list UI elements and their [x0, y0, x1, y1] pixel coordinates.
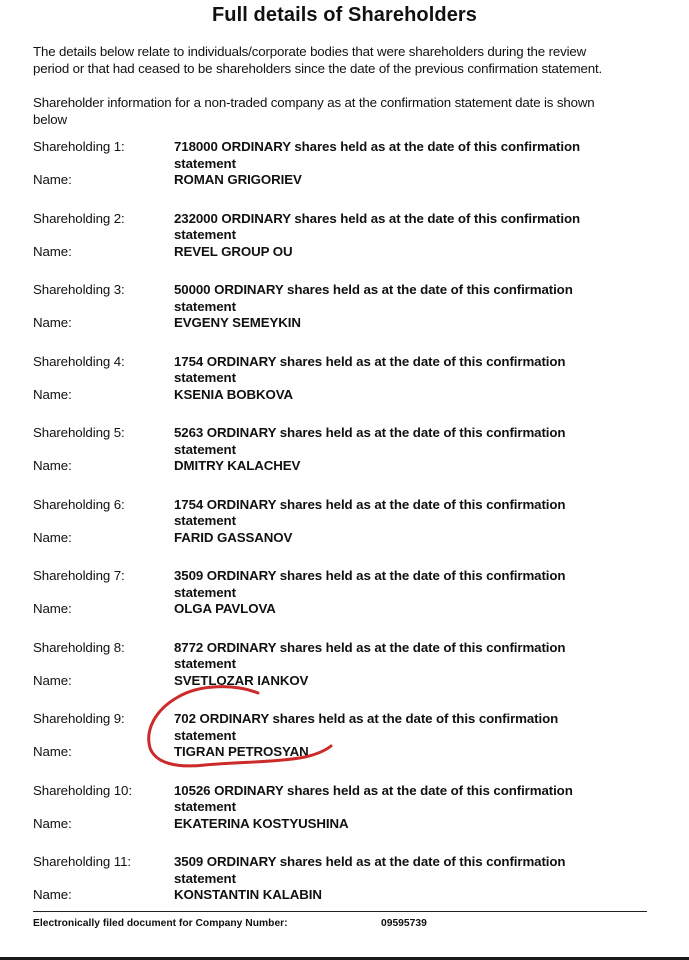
shareholder-name: FARID GASSANOV	[174, 529, 292, 546]
shareholder-name: SVETLOZAR IANKOV	[174, 672, 308, 689]
shareholding-label: Shareholding 1:	[33, 138, 125, 155]
shareholder-name: REVEL GROUP OU	[174, 243, 293, 260]
shareholder-name: KSENIA BOBKOVA	[174, 386, 293, 403]
shareholding-shares: 3509 ORDINARY shares held as at the date…	[174, 853, 565, 870]
shareholding-shares-line2: statement	[174, 441, 236, 458]
shareholding-entry: Shareholding 4: 1754 ORDINARY shares hel…	[33, 353, 673, 413]
shareholding-shares-line2: statement	[174, 584, 236, 601]
shareholding-entry-highlighted: Shareholding 9: 702 ORDINARY shares held…	[33, 710, 673, 770]
intro-line: period or that had ceased to be sharehol…	[33, 60, 602, 77]
shareholding-entry: Shareholding 1: 718000 ORDINARY shares h…	[33, 138, 673, 198]
name-label: Name:	[33, 815, 72, 832]
shareholding-shares-line2: statement	[174, 655, 236, 672]
shareholding-shares: 10526 ORDINARY shares held as at the dat…	[174, 782, 573, 799]
shareholding-shares-line2: statement	[174, 298, 236, 315]
shareholding-entry: Shareholding 8: 8772 ORDINARY shares hel…	[33, 639, 673, 699]
footer-label: Electronically filed document for Compan…	[33, 918, 288, 929]
footer-divider	[33, 911, 647, 912]
shareholding-label: Shareholding 6:	[33, 496, 125, 513]
name-label: Name:	[33, 457, 72, 474]
shareholding-shares: 3509 ORDINARY shares held as at the date…	[174, 567, 565, 584]
shareholding-entry: Shareholding 10: 10526 ORDINARY shares h…	[33, 782, 673, 842]
shareholding-shares: 232000 ORDINARY shares held as at the da…	[174, 210, 580, 227]
shareholding-entry: Shareholding 7: 3509 ORDINARY shares hel…	[33, 567, 673, 627]
shareholder-name: ROMAN GRIGORIEV	[174, 171, 302, 188]
shareholding-label: Shareholding 2:	[33, 210, 125, 227]
shareholding-shares-line2: statement	[174, 798, 236, 815]
shareholding-shares: 5263 ORDINARY shares held as at the date…	[174, 424, 565, 441]
name-label: Name:	[33, 886, 72, 903]
shareholding-shares: 50000 ORDINARY shares held as at the dat…	[174, 281, 573, 298]
shareholding-label: Shareholding 11:	[33, 853, 131, 870]
shareholding-shares-line2: statement	[174, 512, 236, 529]
shareholding-shares: 1754 ORDINARY shares held as at the date…	[174, 353, 565, 370]
shareholder-name: OLGA PAVLOVA	[174, 600, 276, 617]
shareholding-entry: Shareholding 3: 50000 ORDINARY shares he…	[33, 281, 673, 341]
name-label: Name:	[33, 243, 72, 260]
shareholder-name: EVGENY SEMEYKIN	[174, 314, 301, 331]
name-label: Name:	[33, 386, 72, 403]
name-label: Name:	[33, 529, 72, 546]
name-label: Name:	[33, 672, 72, 689]
shareholder-name: TIGRAN PETROSYAN	[174, 743, 309, 760]
shareholder-name: KONSTANTIN KALABIN	[174, 886, 322, 903]
shareholding-shares: 1754 ORDINARY shares held as at the date…	[174, 496, 565, 513]
shareholding-entry: Shareholding 11: 3509 ORDINARY shares he…	[33, 853, 673, 913]
shareholding-shares-line2: statement	[174, 369, 236, 386]
intro-line: The details below relate to individuals/…	[33, 43, 602, 60]
footer: Electronically filed document for Compan…	[33, 917, 288, 931]
intro-line: below	[33, 111, 595, 128]
name-label: Name:	[33, 314, 72, 331]
name-label: Name:	[33, 743, 72, 760]
page-title: Full details of Shareholders	[0, 3, 689, 27]
shareholding-label: Shareholding 10:	[33, 782, 132, 799]
name-label: Name:	[33, 600, 72, 617]
shareholding-shares: 718000 ORDINARY shares held as at the da…	[174, 138, 580, 155]
intro-line: Shareholder information for a non-traded…	[33, 94, 595, 111]
name-label: Name:	[33, 171, 72, 188]
shareholding-label: Shareholding 8:	[33, 639, 125, 656]
shareholding-shares: 8772 ORDINARY shares held as at the date…	[174, 639, 565, 656]
shareholding-entry: Shareholding 6: 1754 ORDINARY shares hel…	[33, 496, 673, 556]
shareholding-shares-line2: statement	[174, 226, 236, 243]
shareholding-label: Shareholding 7:	[33, 567, 125, 584]
intro-paragraph-review-period: The details below relate to individuals/…	[33, 43, 602, 77]
company-number: 09595739	[381, 917, 427, 931]
intro-paragraph-non-traded: Shareholder information for a non-traded…	[33, 94, 595, 128]
shareholding-label: Shareholding 5:	[33, 424, 125, 441]
shareholding-shares: 702 ORDINARY shares held as at the date …	[174, 710, 558, 727]
shareholding-label: Shareholding 3:	[33, 281, 125, 298]
shareholding-shares-line2: statement	[174, 155, 236, 172]
shareholding-entry: Shareholding 5: 5263 ORDINARY shares hel…	[33, 424, 673, 484]
shareholder-name: DMITRY KALACHEV	[174, 457, 300, 474]
shareholding-label: Shareholding 9:	[33, 710, 125, 727]
shareholding-shares-line2: statement	[174, 870, 236, 887]
shareholding-entry: Shareholding 2: 232000 ORDINARY shares h…	[33, 210, 673, 270]
shareholding-shares-line2: statement	[174, 727, 236, 744]
shareholder-name: EKATERINA KOSTYUSHINA	[174, 815, 348, 832]
shareholding-label: Shareholding 4:	[33, 353, 125, 370]
